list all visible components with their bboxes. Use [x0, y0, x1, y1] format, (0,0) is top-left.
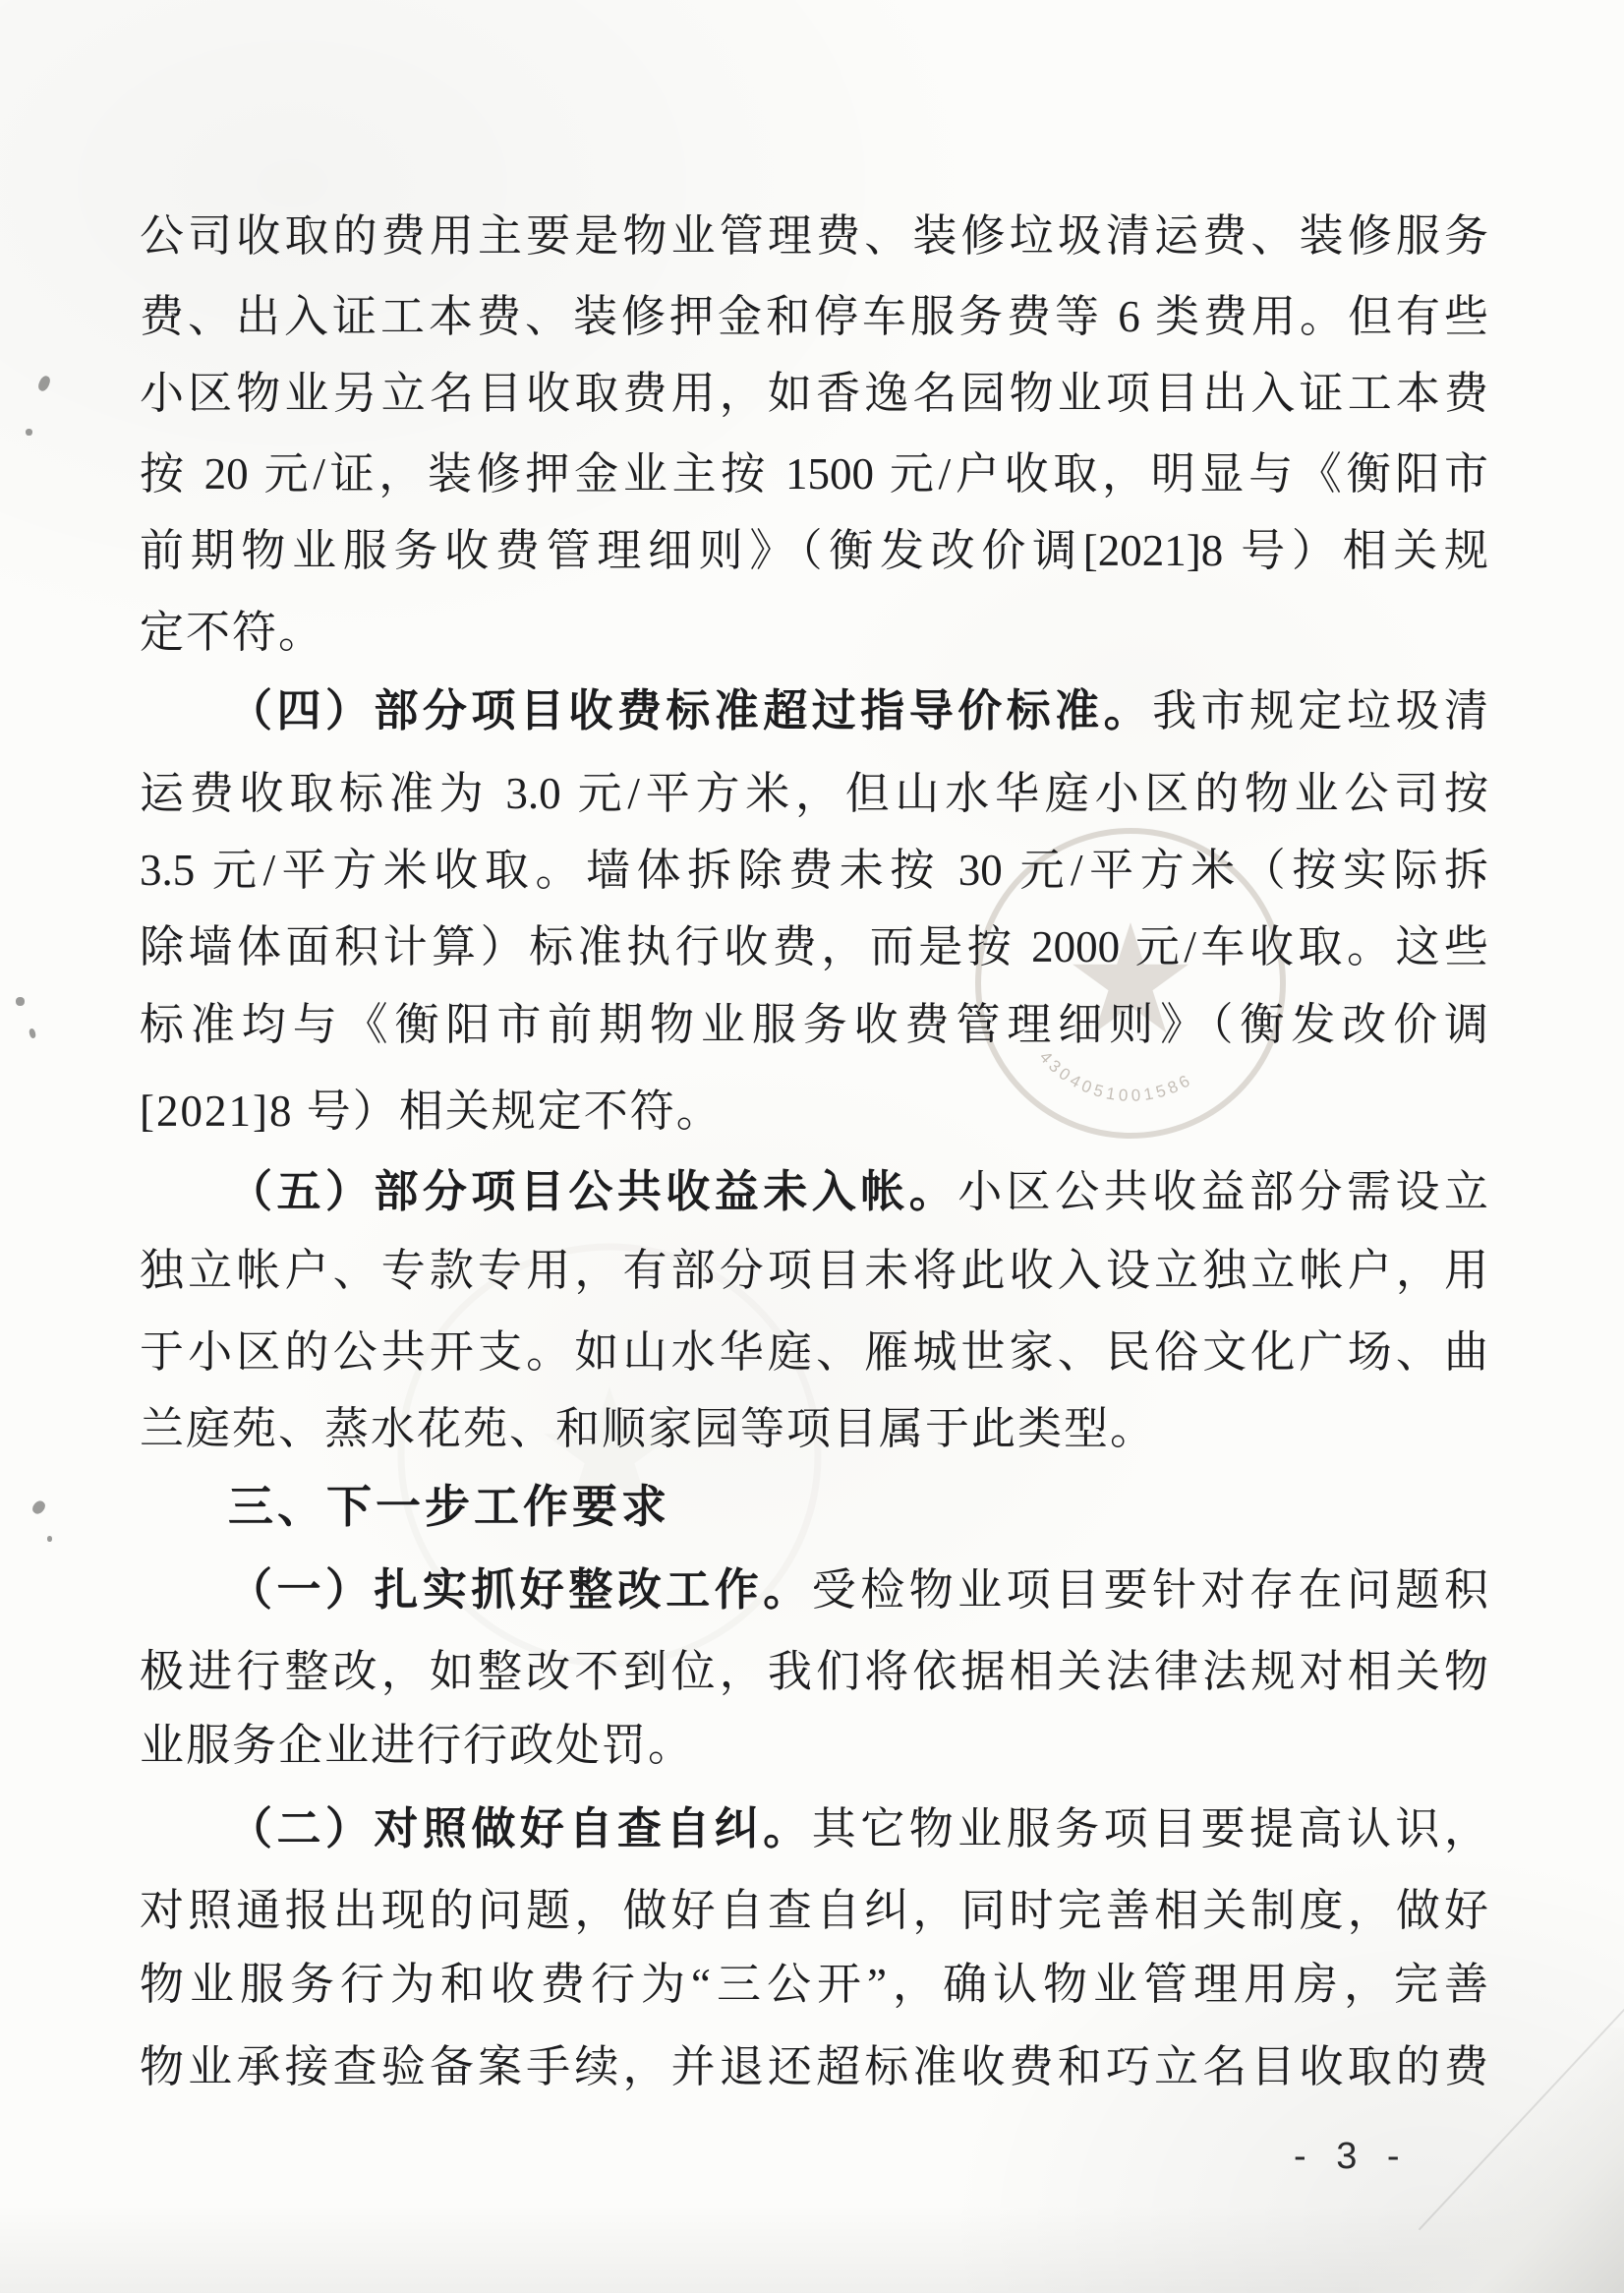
line-text: 受检物业项目要针对存在问题积 — [812, 1565, 1488, 1615]
line-text: 运费收取标准为 3.0 元/平方米，但山水华庭小区的物业公司按 — [140, 769, 1488, 818]
line-text: 费、出入证工本费、装修押金和停车服务费等 6 类费用。但有些 — [140, 292, 1488, 341]
section-heading: 三、下一步工作要求 — [140, 1467, 1488, 1546]
subsection-heading-line: （二）对照做好自查自纠。其它物业服务项目要提高认识， — [140, 1790, 1488, 1868]
line-text: 前期物业服务收费管理细则》（衡发改价调[2021]8 号）相关规 — [140, 526, 1488, 575]
paragraph-line: 物业服务行为和收费行为“三公开”，确认物业管理用房，完善 — [140, 1945, 1488, 2024]
page-fold-shadow — [1359, 2028, 1624, 2293]
paragraph-line: 公司收取的费用主要是物业管理费、装修垃圾清运费、装修服务 — [140, 197, 1488, 275]
paragraph-line: 前期物业服务收费管理细则》（衡发改价调[2021]8 号）相关规 — [140, 511, 1488, 590]
scan-speck — [29, 1028, 36, 1038]
paragraph-line: 小区物业另立名目收取费用，如香逸名园物业项目出入证工本费 — [140, 354, 1488, 433]
subsection-title: （一）扎实抓好整改工作。 — [228, 1565, 812, 1615]
line-text: 其它物业服务项目要提高认识， — [812, 1804, 1488, 1853]
scan-speck — [30, 1499, 47, 1516]
section-heading-text: 三、下一步工作要求 — [228, 1481, 670, 1532]
line-text: 小区物业另立名目收取费用，如香逸名园物业项目出入证工本费 — [140, 369, 1488, 418]
line-text: 于小区的公共开支。如山水华庭、雁城世家、民俗文化广场、曲 — [140, 1327, 1488, 1377]
paragraph-line: 按 20 元/证，装修押金业主按 1500 元/户收取，明显与《衡阳市 — [140, 435, 1488, 513]
line-text: 对照通报出现的问题，做好自查自纠，同时完善相关制度，做好 — [140, 1886, 1488, 1935]
line-text: 除墙体面积计算）标准执行收费，而是按 2000 元/车收取。这些 — [140, 922, 1488, 971]
line-text: 按 20 元/证，装修押金业主按 1500 元/户收取，明显与《衡阳市 — [140, 449, 1488, 499]
paragraph-line: 极进行整改，如整改不到位，我们将依据相关法律法规对相关物 — [140, 1632, 1488, 1711]
subsection-heading-line: （五）部分项目公共收益未入帐。小区公共收益部分需设立 — [140, 1152, 1488, 1231]
paragraph-line: 于小区的公共开支。如山水华庭、雁城世家、民俗文化广场、曲 — [140, 1313, 1488, 1391]
paragraph-line: 标准均与《衡阳市前期物业服务收费管理细则》（衡发改价调 — [140, 985, 1488, 1064]
line-text: 标准均与《衡阳市前期物业服务收费管理细则》（衡发改价调 — [140, 1000, 1488, 1049]
scan-speck — [47, 1536, 52, 1542]
paragraph-line: 除墙体面积计算）标准执行收费，而是按 2000 元/车收取。这些 — [140, 908, 1488, 986]
scan-speck — [36, 375, 52, 393]
paragraph-line: 费、出入证工本费、装修押金和停车服务费等 6 类费用。但有些 — [140, 277, 1488, 356]
paragraph-line: 物业承接查验备案手续，并退还超标准收费和巧立名目收取的费 — [140, 2028, 1488, 2106]
line-text: 3.5 元/平方米收取。墙体拆除费未按 30 元/平方米（按实际拆 — [140, 846, 1488, 895]
scan-speck — [16, 997, 25, 1006]
paragraph-line: 对照通报出现的问题，做好自查自纠，同时完善相关制度，做好 — [140, 1871, 1488, 1950]
line-text: 小区公共收益部分需设立 — [957, 1167, 1488, 1216]
line-text: 我市规定垃圾清 — [1152, 686, 1488, 735]
paragraph-line: 业服务企业进行行政处罚。 — [140, 1706, 1488, 1785]
paragraph-line: 3.5 元/平方米收取。墙体拆除费未按 30 元/平方米（按实际拆 — [140, 831, 1488, 910]
line-text: 物业服务行为和收费行为“三公开”，确认物业管理用房，完善 — [140, 1960, 1488, 2009]
paragraph-line: 定不符。 — [140, 593, 1488, 672]
document-page: 4304051001586 公司收取的费用主要是物业管理费、装修垃圾清运费、装修… — [0, 0, 1624, 2293]
paragraph-line: 独立帐户、专款专用，有部分项目未将此收入设立独立帐户，用 — [140, 1231, 1488, 1310]
line-text: 极进行整改，如整改不到位，我们将依据相关法律法规对相关物 — [140, 1647, 1488, 1696]
line-text: [2021]8 号）相关规定不符。 — [140, 1087, 723, 1136]
line-text: 物业承接查验备案手续，并退还超标准收费和巧立名目收取的费 — [140, 2042, 1488, 2091]
subsection-heading-line: （一）扎实抓好整改工作。受检物业项目要针对存在问题积 — [140, 1551, 1488, 1629]
line-text: 定不符。 — [140, 608, 324, 657]
subsection-heading-line: （四）部分项目收费标准超过指导价标准。我市规定垃圾清 — [140, 672, 1488, 750]
subsection-title: （五）部分项目公共收益未入帐。 — [228, 1167, 957, 1216]
paragraph-line: 兰庭苑、蒸水花苑、和顺家园等项目属于此类型。 — [140, 1389, 1488, 1468]
line-text: 兰庭苑、蒸水花苑、和顺家园等项目属于此类型。 — [140, 1404, 1156, 1453]
line-text: 公司收取的费用主要是物业管理费、装修垃圾清运费、装修服务 — [140, 211, 1488, 261]
subsection-title: （四）部分项目收费标准超过指导价标准。 — [228, 686, 1152, 735]
subsection-title: （二）对照做好自查自纠。 — [228, 1804, 812, 1853]
line-text: 业服务企业进行行政处罚。 — [140, 1721, 694, 1770]
paragraph-line: 运费收取标准为 3.0 元/平方米，但山水华庭小区的物业公司按 — [140, 754, 1488, 833]
scan-speck — [26, 429, 32, 436]
line-text: 独立帐户、专款专用，有部分项目未将此收入设立独立帐户，用 — [140, 1246, 1488, 1295]
paragraph-line: [2021]8 号）相关规定不符。 — [140, 1072, 1488, 1150]
